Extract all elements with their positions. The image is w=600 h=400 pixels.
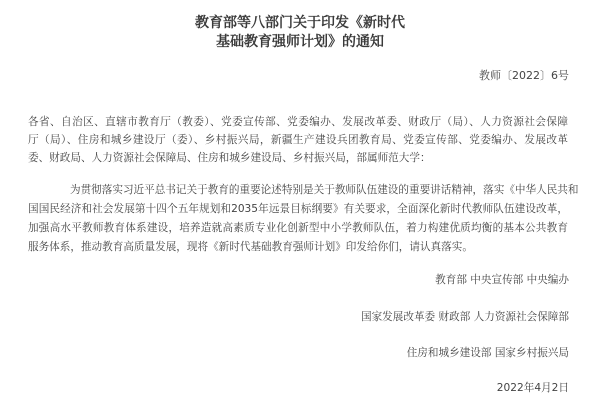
body-line: 加强高水平教师教育体系建设，培养造就高素质专业化创新型中小学教师队伍，着力构建优…: [28, 221, 568, 235]
document-number: 教师〔2022〕6号: [479, 69, 569, 83]
addressee-line: 厅（局）、住房和城乡建设厅（委）、乡村振兴局，新疆生产建设兵团教育局、党委宣传部…: [28, 133, 568, 147]
document-date: 2022年4月2日: [497, 381, 569, 395]
body-line: 为贯彻落实习近平总书记关于教育的重要论述特别是关于教师队伍建设的重要讲话精神，落…: [70, 183, 568, 197]
body-line: 国国民经济和社会发展第十四个五年规划和2035年远景目标纲要》有关要求，全面深化…: [28, 202, 568, 216]
title-line-1: 教育部等八部门关于印发《新时代: [0, 14, 600, 33]
title-line-2: 基础教育强师计划》的通知: [0, 33, 600, 52]
signatory-line: 住房和城乡建设部 国家乡村振兴局: [407, 346, 569, 360]
body-line: 服务体系，推动教育高质量发展，现将《新时代基础教育强师计划》印发给你们，请认真落…: [28, 240, 568, 254]
signatory-line: 国家发展改革委 财政部 人力资源社会保障部: [361, 310, 569, 324]
addressee-line: 各省、自治区、直辖市教育厅（教委）、党委宣传部、党委编办、发展改革委、财政厅（局…: [28, 115, 568, 129]
addressee-line: 委、财政局、人力资源社会保障局、住房和城乡建设局、乡村振兴局，部属师范大学：: [28, 151, 568, 165]
signatory-line: 教育部 中央宣传部 中央编办: [435, 273, 569, 287]
document-title: 教育部等八部门关于印发《新时代 基础教育强师计划》的通知: [0, 14, 600, 52]
